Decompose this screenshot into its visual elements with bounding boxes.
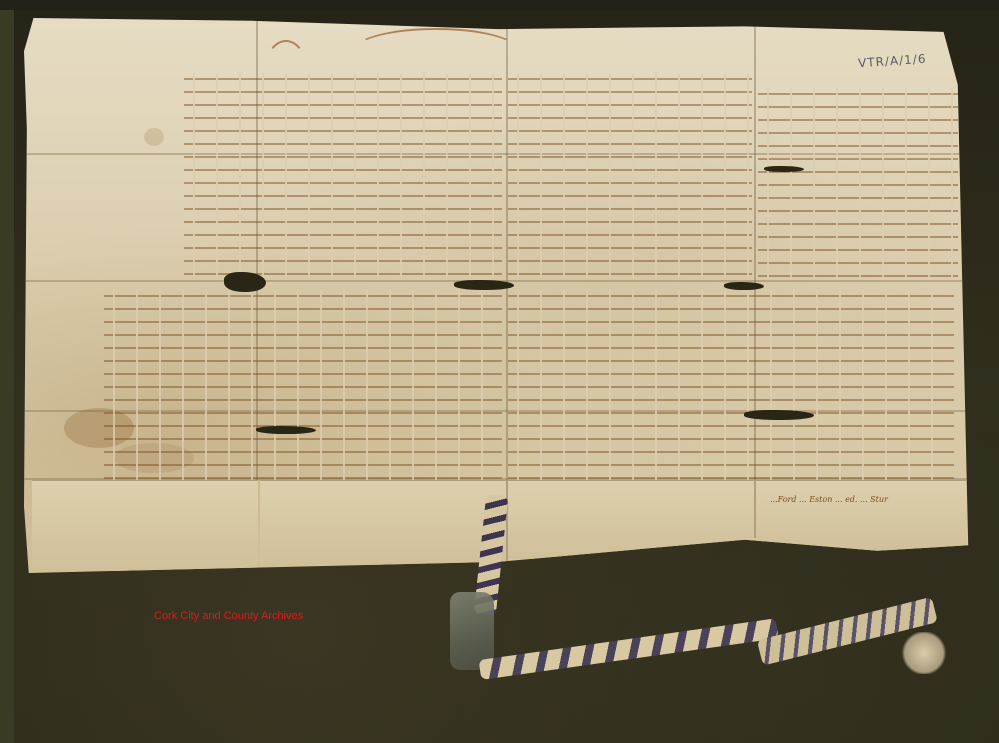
parchment-hole xyxy=(724,282,764,290)
manuscript-text xyxy=(758,88,958,278)
cord-tassel xyxy=(900,632,948,674)
border-strip-top xyxy=(0,0,999,10)
archive-credit-caption: Cork City and County Archives xyxy=(154,610,303,622)
manuscript-text xyxy=(104,290,502,480)
parchment-hole xyxy=(224,272,266,292)
folded-tab xyxy=(32,480,258,571)
parchment-hole xyxy=(454,280,514,290)
parchment-hole xyxy=(764,166,804,172)
manuscript-text xyxy=(184,73,502,278)
parchment-hole xyxy=(256,426,316,434)
stain xyxy=(144,128,164,146)
parchment-document xyxy=(24,18,972,573)
border-strip-left xyxy=(0,0,14,743)
folded-tab xyxy=(756,480,966,551)
folded-tab xyxy=(260,480,506,565)
decorative-flourish xyxy=(354,28,518,72)
manuscript-text xyxy=(508,73,752,278)
scribe-signature: ...Ford ... Eston ... ed. ... Stur xyxy=(770,494,890,505)
parchment-hole xyxy=(744,410,814,420)
manuscript-text xyxy=(508,290,954,480)
